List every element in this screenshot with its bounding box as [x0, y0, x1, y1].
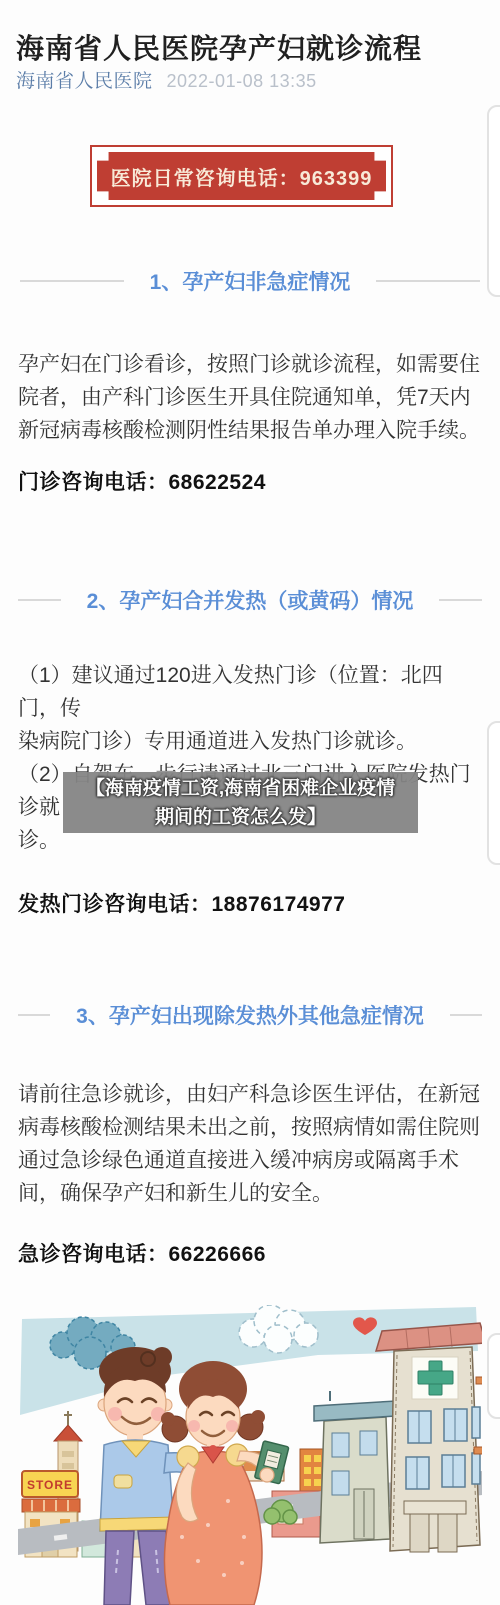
article-illustration: STORE — [18, 1305, 482, 1605]
edge-floating-card-2[interactable] — [487, 721, 500, 865]
hospital-building — [376, 1323, 482, 1552]
article-title: 海南省人民医院孕产妇就诊流程 — [16, 29, 468, 69]
heading-divider-left — [18, 599, 61, 601]
heading-divider-left — [20, 280, 124, 282]
couple-figures — [98, 1347, 289, 1605]
heading-divider-right — [439, 599, 482, 601]
edge-floating-card-1[interactable] — [487, 105, 500, 297]
source-account-link[interactable]: 海南省人民医院 — [16, 66, 153, 93]
heading-divider-right — [376, 280, 480, 282]
hotline-banner-plaque: 医院日常咨询电话：963399 — [97, 152, 386, 200]
store-sign-text: STORE — [27, 1478, 73, 1492]
section-heading-2: 2、孕产妇合并发热（或黄码）情况 — [0, 585, 500, 615]
heading-divider-left — [18, 1014, 50, 1016]
section-3-paragraph: 请前往急诊就诊，由妇产科急诊医生评估，在新冠 病毒核酸检测结果未出之前，按照病情… — [18, 1078, 484, 1210]
section-3-title: 3、孕产妇出现除发热外其他急症情况 — [76, 1000, 424, 1030]
watermark-line-1: 【海南疫情工资,海南省困难企业疫情 — [86, 774, 395, 803]
edge-floating-card-3[interactable] — [487, 1333, 500, 1419]
emergency-phone-line: 急诊咨询电话：66226666 — [18, 1242, 484, 1268]
section-1-title: 1、孕产妇非急症情况 — [150, 266, 351, 296]
publish-timestamp: 2022-01-08 13:35 — [167, 71, 317, 92]
heading-divider-right — [450, 1014, 482, 1016]
section-1-paragraph: 孕产妇在门诊看诊，按照门诊就诊流程，如需要住 院者，由产科门诊医生开具住院通知单… — [18, 348, 484, 447]
mid-building — [314, 1391, 396, 1543]
section-heading-3: 3、孕产妇出现除发热外其他急症情况 — [0, 1000, 500, 1030]
watermark-line-2: 期间的工资怎么发】 — [155, 803, 326, 832]
section-heading-1: 1、孕产妇非急症情况 — [0, 266, 500, 296]
fever-clinic-phone-line: 发热门诊咨询电话：18876174977 — [18, 892, 484, 918]
pregnant-woman-figure — [161, 1361, 289, 1605]
hotline-banner: 医院日常咨询电话：963399 — [90, 145, 393, 207]
hotline-banner-text: 医院日常咨询电话：963399 — [111, 162, 373, 191]
outpatient-phone-line: 门诊咨询电话：68622524 — [18, 470, 484, 496]
article-meta: 海南省人民医院 2022-01-08 13:35 — [16, 66, 468, 93]
section-2-title: 2、孕产妇合并发热（或黄码）情况 — [87, 585, 414, 615]
watermark-overlay: 【海南疫情工资,海南省困难企业疫情 期间的工资怎么发】 — [63, 772, 418, 833]
